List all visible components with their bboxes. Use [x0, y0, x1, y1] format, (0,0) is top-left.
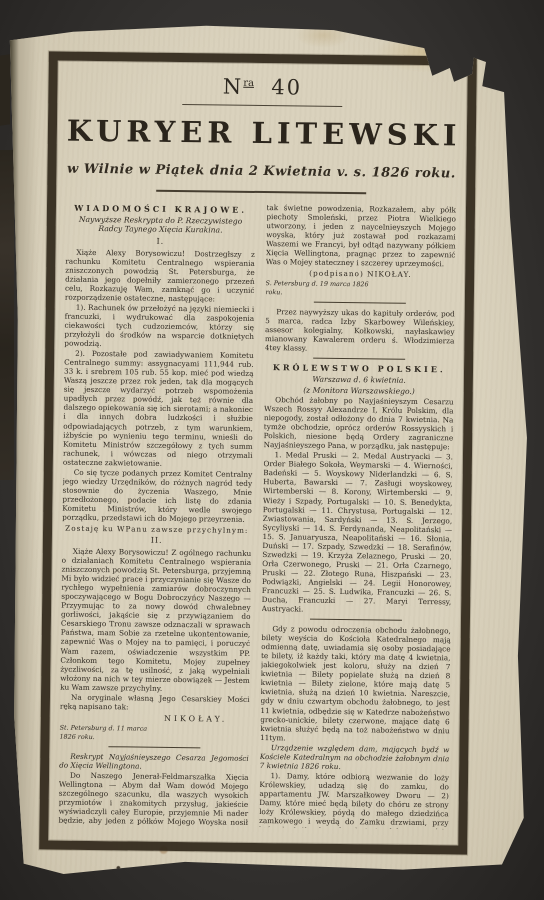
- paragraph: 1. Medal Pruski — 2. Medal Austryacki — …: [262, 450, 453, 615]
- issue-superscript: ra: [243, 78, 254, 89]
- paragraph-italic: Urządzenie względem dam, mających bydź w…: [260, 743, 450, 772]
- article-subheading: Naywyższe Reskrypta do P. Rzeczywistego …: [66, 215, 256, 236]
- masthead-rule-top: [182, 104, 342, 107]
- dateline: St. Petersburg d. 11 marca 1826 roku.: [59, 724, 163, 742]
- dateline: S. Petersburg d. 19 marca 1826 roku.: [265, 279, 369, 297]
- newspaper-title: KURYER LITEWSKI: [67, 114, 457, 153]
- paragraph: 1). Rachunek ów przełożyć na języki niem…: [64, 303, 254, 351]
- paragraph: 2). Pozostałe pod zawiadywaniem Komitetu…: [63, 349, 254, 469]
- masthead-rule-bottom: [156, 190, 366, 195]
- closing-line: (podpisano) NIKOŁAY.: [266, 268, 456, 279]
- divider-rule: [313, 358, 405, 360]
- right-column: tak świetne powodzenia, Rozkazałem, aby …: [259, 203, 456, 829]
- paragraph: Xiąże Alexy Borysowiczu! Z ogólnego rach…: [60, 547, 251, 694]
- paragraph: 1). Damy, które odbiorą wezwanie do loży…: [259, 771, 449, 829]
- page-frame: Nra 40 KURYER LITEWSKI w Wilnie w Piątek…: [39, 51, 477, 854]
- paragraph: Na oryginale własną Jego Cesarskiey Mośc…: [60, 692, 250, 712]
- left-column: WIADOMOŚCI KRAJOWE.Naywyższe Reskrypta d…: [58, 201, 255, 827]
- divider-rule: [108, 746, 200, 748]
- paragraph: Przez naywyższy ukas do kapituły orderów…: [265, 307, 455, 355]
- paragraph: Obchód żałobny po Nayjaśnieyszym Cesarzu…: [264, 395, 454, 452]
- paragraph: Co się tycze podanych przez Komitet Cent…: [62, 467, 252, 524]
- masthead-dateline: w Wilnie w Piątek dnia 2 Kwietnia v. s. …: [66, 162, 456, 182]
- issue-prefix: N: [223, 75, 244, 99]
- article-columns: WIADOMOŚCI KRAJOWE.Naywyższe Reskrypta d…: [58, 201, 456, 830]
- newspaper-page: Nra 40 KURYER LITEWSKI w Wilnie w Piątek…: [4, 18, 536, 880]
- paragraph: Do Naszego Jenerał-Feldmarszałka Xięcia …: [58, 771, 248, 827]
- paragraph-continuation: tak świetne powodzenia, Rozkazałem, aby …: [266, 203, 456, 269]
- divider-rule: [314, 302, 406, 304]
- section-numeral: I.: [66, 235, 256, 247]
- facing-page-frame-sliver: [0, 150, 14, 480]
- issue-number: Nra 40: [67, 73, 457, 102]
- paragraph-italic: Reskrypt Nayjaśnieyszego Cesarza Jegomoś…: [59, 752, 249, 772]
- signature: NIKOŁAY.: [60, 712, 250, 724]
- paragraph: Xiąże Alexy Borysowiczu! Dostrzegłszy z …: [65, 247, 255, 304]
- paragraph: Gdy z powodu odroczenia obchodu żałobneg…: [260, 624, 451, 744]
- scanner-background: Nra 40 KURYER LITEWSKI w Wilnie w Piątek…: [0, 0, 544, 900]
- section-numeral: II.: [62, 535, 252, 547]
- issue-value: 40: [271, 75, 302, 99]
- divider-rule: [310, 619, 402, 621]
- closing-line: Zostaję ku WPanu zawsze przychylnym:: [62, 524, 252, 535]
- facing-page-frame-corner: [0, 54, 10, 125]
